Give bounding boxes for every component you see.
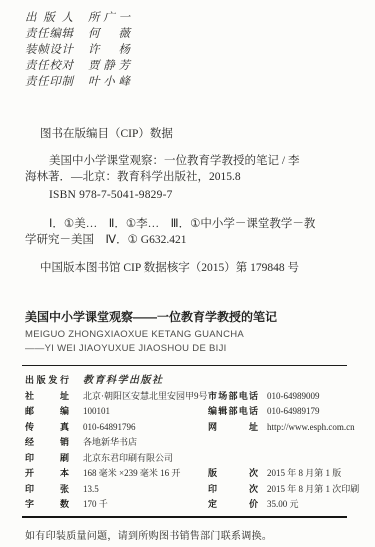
staff-credits: 出版人 所广一 责任编辑 何薇 装帧设计 许杨 责任校对 贾静芳 责任印制 叶小…: [25, 0, 375, 90]
book-title-pinyin-line2: ——YI WEI JIAOYUXUE JIAOSHOU DE BIJI: [25, 342, 375, 356]
title-block: 美国中小学课堂观察——一位教育学教授的笔记 MEIGUO ZHONGXIAOXU…: [25, 309, 375, 355]
book-title: 美国中小学课堂观察——一位教育学教授的笔记: [25, 309, 375, 325]
colophon-left-value: 170 千: [83, 497, 207, 513]
cip-entry: 美国中小学课堂观察：一位教育学教授的笔记 / 李 海林著．—北京：教育科学出版社…: [25, 153, 355, 203]
credit-row: 出版人 所广一: [25, 10, 375, 26]
credit-role: 责任编辑: [25, 26, 73, 42]
colophon-left-value: 北京东君印刷有限公司: [83, 451, 207, 467]
colophon-left-value: 各地新华书店: [83, 435, 207, 451]
colophon-left-value: 010-64891796: [83, 420, 207, 436]
colophon-left-value: 168 毫米 ×239 毫米 16 开: [83, 466, 207, 482]
credit-person: 许杨: [88, 42, 130, 58]
credit-role: 装帧设计: [25, 42, 73, 58]
colophon-right-label: 版次: [208, 466, 258, 482]
credit-role: 出版人: [25, 10, 73, 26]
cip-entry-line2: 海林著．—北京：教育科学出版社，2015.8: [25, 169, 355, 185]
credit-person: 叶小峰: [88, 74, 130, 90]
colophon-row-wordcount: 字数 170 千 定价 35.00 元: [25, 497, 375, 513]
price-value: 35.00 元: [267, 497, 299, 513]
cip-block: 图书在版编目（CIP）数据 美国中小学课堂观察：一位教育学教授的笔记 / 李 海…: [25, 127, 355, 276]
copyright-page: 出版人 所广一 责任编辑 何薇 装帧设计 许杨 责任校对 贾静芳 责任印制 叶小…: [0, 0, 375, 547]
credit-role: 责任印制: [25, 74, 73, 90]
cip-entry-line1: 美国中小学课堂观察：一位教育学教授的笔记 / 李: [49, 153, 355, 169]
colophon-left-value: 北京·朝阳区安慧北里安园甲9号: [83, 389, 207, 405]
credit-row: 责任校对 贾静芳: [25, 58, 375, 74]
divider-rule-bottom: [22, 516, 347, 518]
colophon-left-label: 传真: [25, 420, 69, 436]
credit-row: 责任编辑 何薇: [25, 26, 375, 42]
credit-person: 所广一: [88, 10, 130, 26]
colophon-right-label: 编辑部电话: [208, 404, 258, 420]
cip-classification: Ⅰ．①美… Ⅱ．①李… Ⅲ．①中小学－课堂教学－教 学研究－美国 Ⅳ．① G63…: [25, 216, 355, 248]
colophon-table: 出版发行 教育科学出版社 社址 北京·朝阳区安慧北里安园甲9号 市场部电话 01…: [25, 373, 375, 513]
divider-rule-top: [22, 365, 347, 366]
colophon-left-label: 开本: [25, 466, 69, 482]
publisher-logotype: 教育科学出版社: [83, 373, 207, 389]
cip-class-line1: Ⅰ．①美… Ⅱ．①李… Ⅲ．①中小学－课堂教学－教: [49, 216, 355, 232]
credit-row: 装帧设计 许杨: [25, 42, 375, 58]
colophon-row-fax: 传真 010-64891796 网址 http://www.esph.com.c…: [25, 420, 375, 436]
colophon-right-label: 市场部电话: [208, 389, 258, 405]
colophon-row-sheets: 印张 13.5 印次 2015 年 8 月第 1 次印刷: [25, 482, 375, 498]
colophon-left-value: 100101: [83, 404, 207, 420]
credit-role: 责任校对: [25, 58, 73, 74]
colophon-right-label: 定价: [208, 497, 258, 513]
colophon-left-label: 邮编: [25, 404, 69, 420]
colophon-row-address: 社址 北京·朝阳区安慧北里安园甲9号 市场部电话 010-64989009: [25, 389, 375, 405]
colophon-left-label: 出版发行: [25, 373, 69, 389]
colophon-left-label: 印张: [25, 482, 69, 498]
cip-class-line2: 学研究－美国 Ⅳ．① G632.421: [25, 232, 355, 248]
credit-row: 责任印制 叶小峰: [25, 74, 375, 90]
colophon-row-format: 开本 168 毫米 ×239 毫米 16 开 版次 2015 年 8 月第 1 …: [25, 466, 375, 482]
colophon-left-label: 经销: [25, 435, 69, 451]
website-url: http://www.esph.com.cn: [267, 420, 355, 436]
colophon-right-value: 010-64989179: [267, 404, 320, 420]
colophon-row-distributor: 经销 各地新华书店: [25, 435, 375, 451]
credit-person: 贾静芳: [88, 58, 130, 74]
cip-heading: 图书在版编目（CIP）数据: [40, 127, 355, 142]
colophon-right-label: 网址: [208, 420, 258, 436]
colophon-left-value: 13.5: [83, 482, 207, 498]
colophon-right-label: 印次: [208, 482, 258, 498]
credit-person: 何薇: [88, 26, 130, 42]
colophon-row-publisher: 出版发行 教育科学出版社: [25, 373, 375, 389]
colophon-right-value: 010-64989009: [267, 389, 320, 405]
colophon-left-label: 社址: [25, 389, 69, 405]
quality-notice: 如有印装质量问题，请到所购图书销售部门联系调换。: [25, 527, 375, 542]
colophon-left-label: 印刷: [25, 451, 69, 467]
colophon-right-value: 2015 年 8 月第 1 次印刷: [267, 482, 359, 498]
colophon-left-label: 字数: [25, 497, 69, 513]
cip-record-number: 中国版本图书馆 CIP 数据核字（2015）第 179848 号: [40, 261, 355, 276]
book-title-pinyin-line1: MEIGUO ZHONGXIAOXUE KETANG GUANCHA: [25, 328, 375, 342]
colophon-row-postcode: 邮编 100101 编辑部电话 010-64989179: [25, 404, 375, 420]
isbn-number: ISBN 978-7-5041-9829-7: [49, 187, 355, 203]
colophon-right-value: 2015 年 8 月第 1 版: [267, 466, 341, 482]
colophon-row-printer: 印刷 北京东君印刷有限公司: [25, 451, 375, 467]
